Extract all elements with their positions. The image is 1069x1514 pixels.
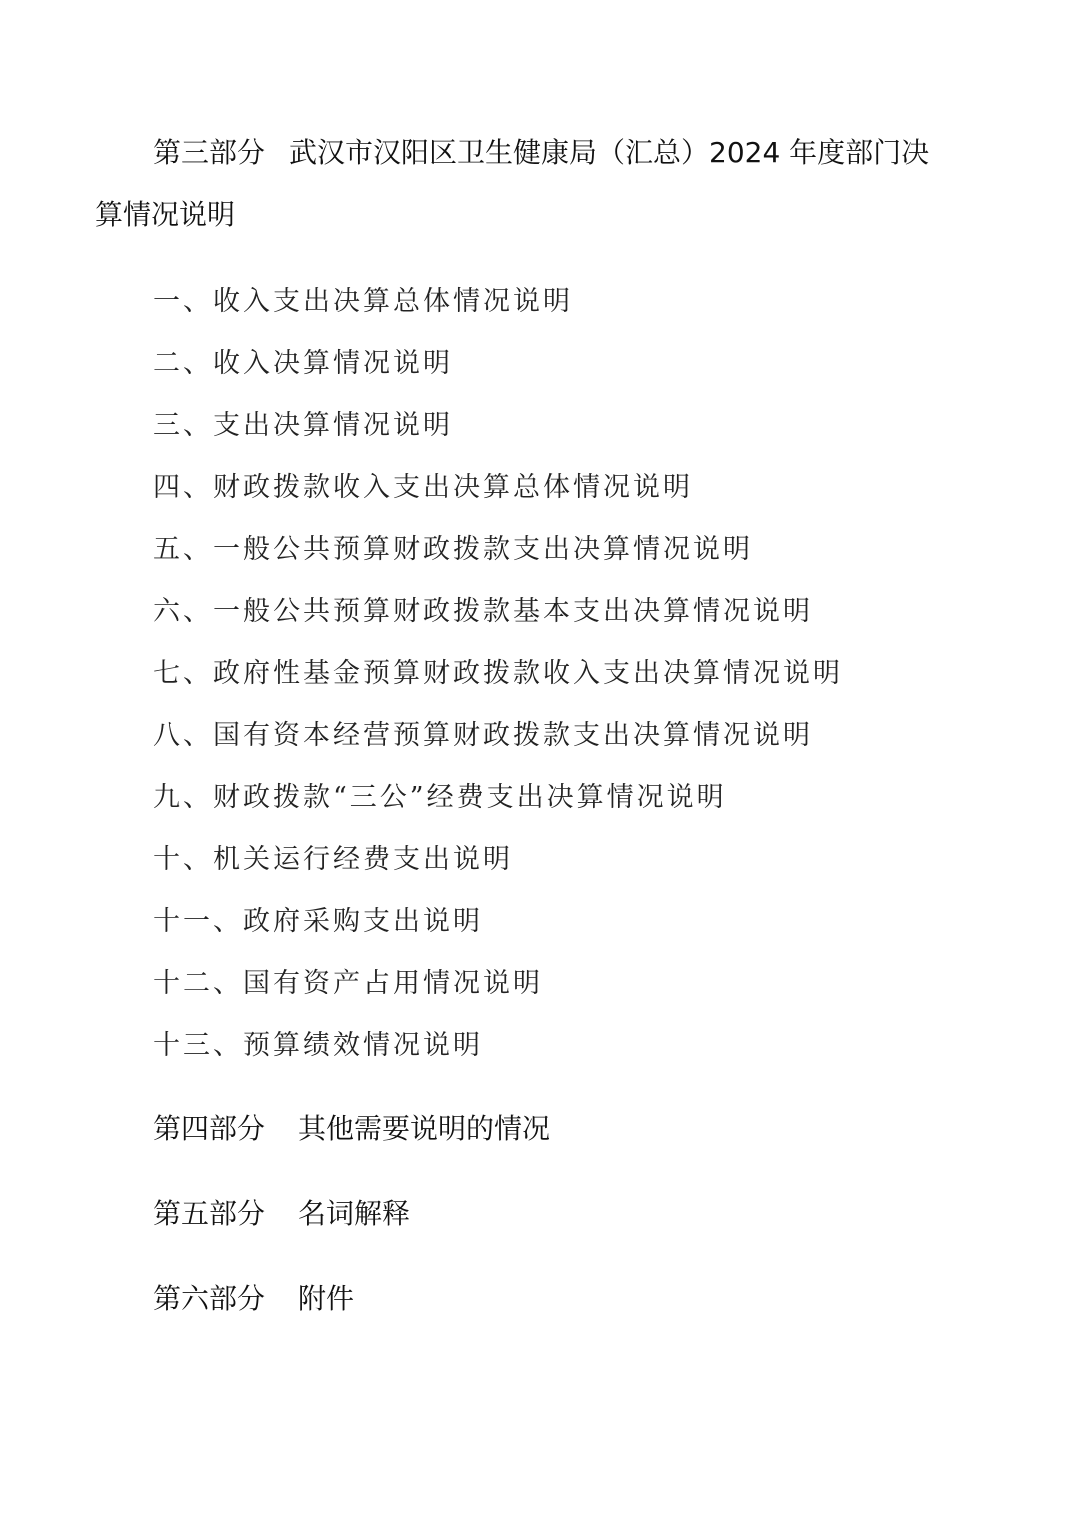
toc-item: 五、一般公共预算财政拨款支出决算情况说明 (153, 527, 753, 566)
part-label: 第六部分 (153, 1277, 298, 1317)
toc-item: 七、政府性基金预算财政拨款收入支出决算情况说明 (153, 651, 843, 690)
toc-item: 十、机关运行经费支出说明 (153, 837, 513, 876)
section-heading-line1: 第三部分武汉市汉阳区卫生健康局（汇总）2024 年度部门决 (153, 131, 929, 171)
toc-item: 六、一般公共预算财政拨款基本支出决算情况说明 (153, 589, 813, 628)
part-heading: 第四部分其他需要说明的情况 (153, 1107, 550, 1147)
toc-item: 三、支出决算情况说明 (153, 403, 453, 442)
document-page: 第三部分武汉市汉阳区卫生健康局（汇总）2024 年度部门决 算情况说明 一、收入… (0, 0, 1069, 1514)
toc-item: 四、财政拨款收入支出决算总体情况说明 (153, 465, 693, 504)
part-label: 第四部分 (153, 1107, 298, 1147)
section-heading-line2: 算情况说明 (95, 193, 235, 233)
section-part-label: 第三部分 (153, 136, 265, 169)
part-label: 第五部分 (153, 1192, 298, 1232)
part-title: 其他需要说明的情况 (298, 1112, 550, 1145)
part-heading: 第五部分名词解释 (153, 1192, 410, 1232)
part-title: 名词解释 (298, 1197, 410, 1230)
toc-item: 十一、政府采购支出说明 (153, 899, 483, 938)
toc-item: 十二、国有资产占用情况说明 (153, 961, 543, 1000)
section-title: 武汉市汉阳区卫生健康局（汇总）2024 年度部门决 (289, 136, 929, 169)
toc-item: 一、收入支出决算总体情况说明 (153, 279, 573, 318)
toc-item: 九、财政拨款“三公”经费支出决算情况说明 (153, 775, 727, 814)
part-title: 附件 (298, 1282, 354, 1315)
part-heading: 第六部分附件 (153, 1277, 354, 1317)
toc-item: 二、收入决算情况说明 (153, 341, 453, 380)
toc-item: 八、国有资本经营预算财政拨款支出决算情况说明 (153, 713, 813, 752)
toc-item: 十三、预算绩效情况说明 (153, 1023, 483, 1062)
